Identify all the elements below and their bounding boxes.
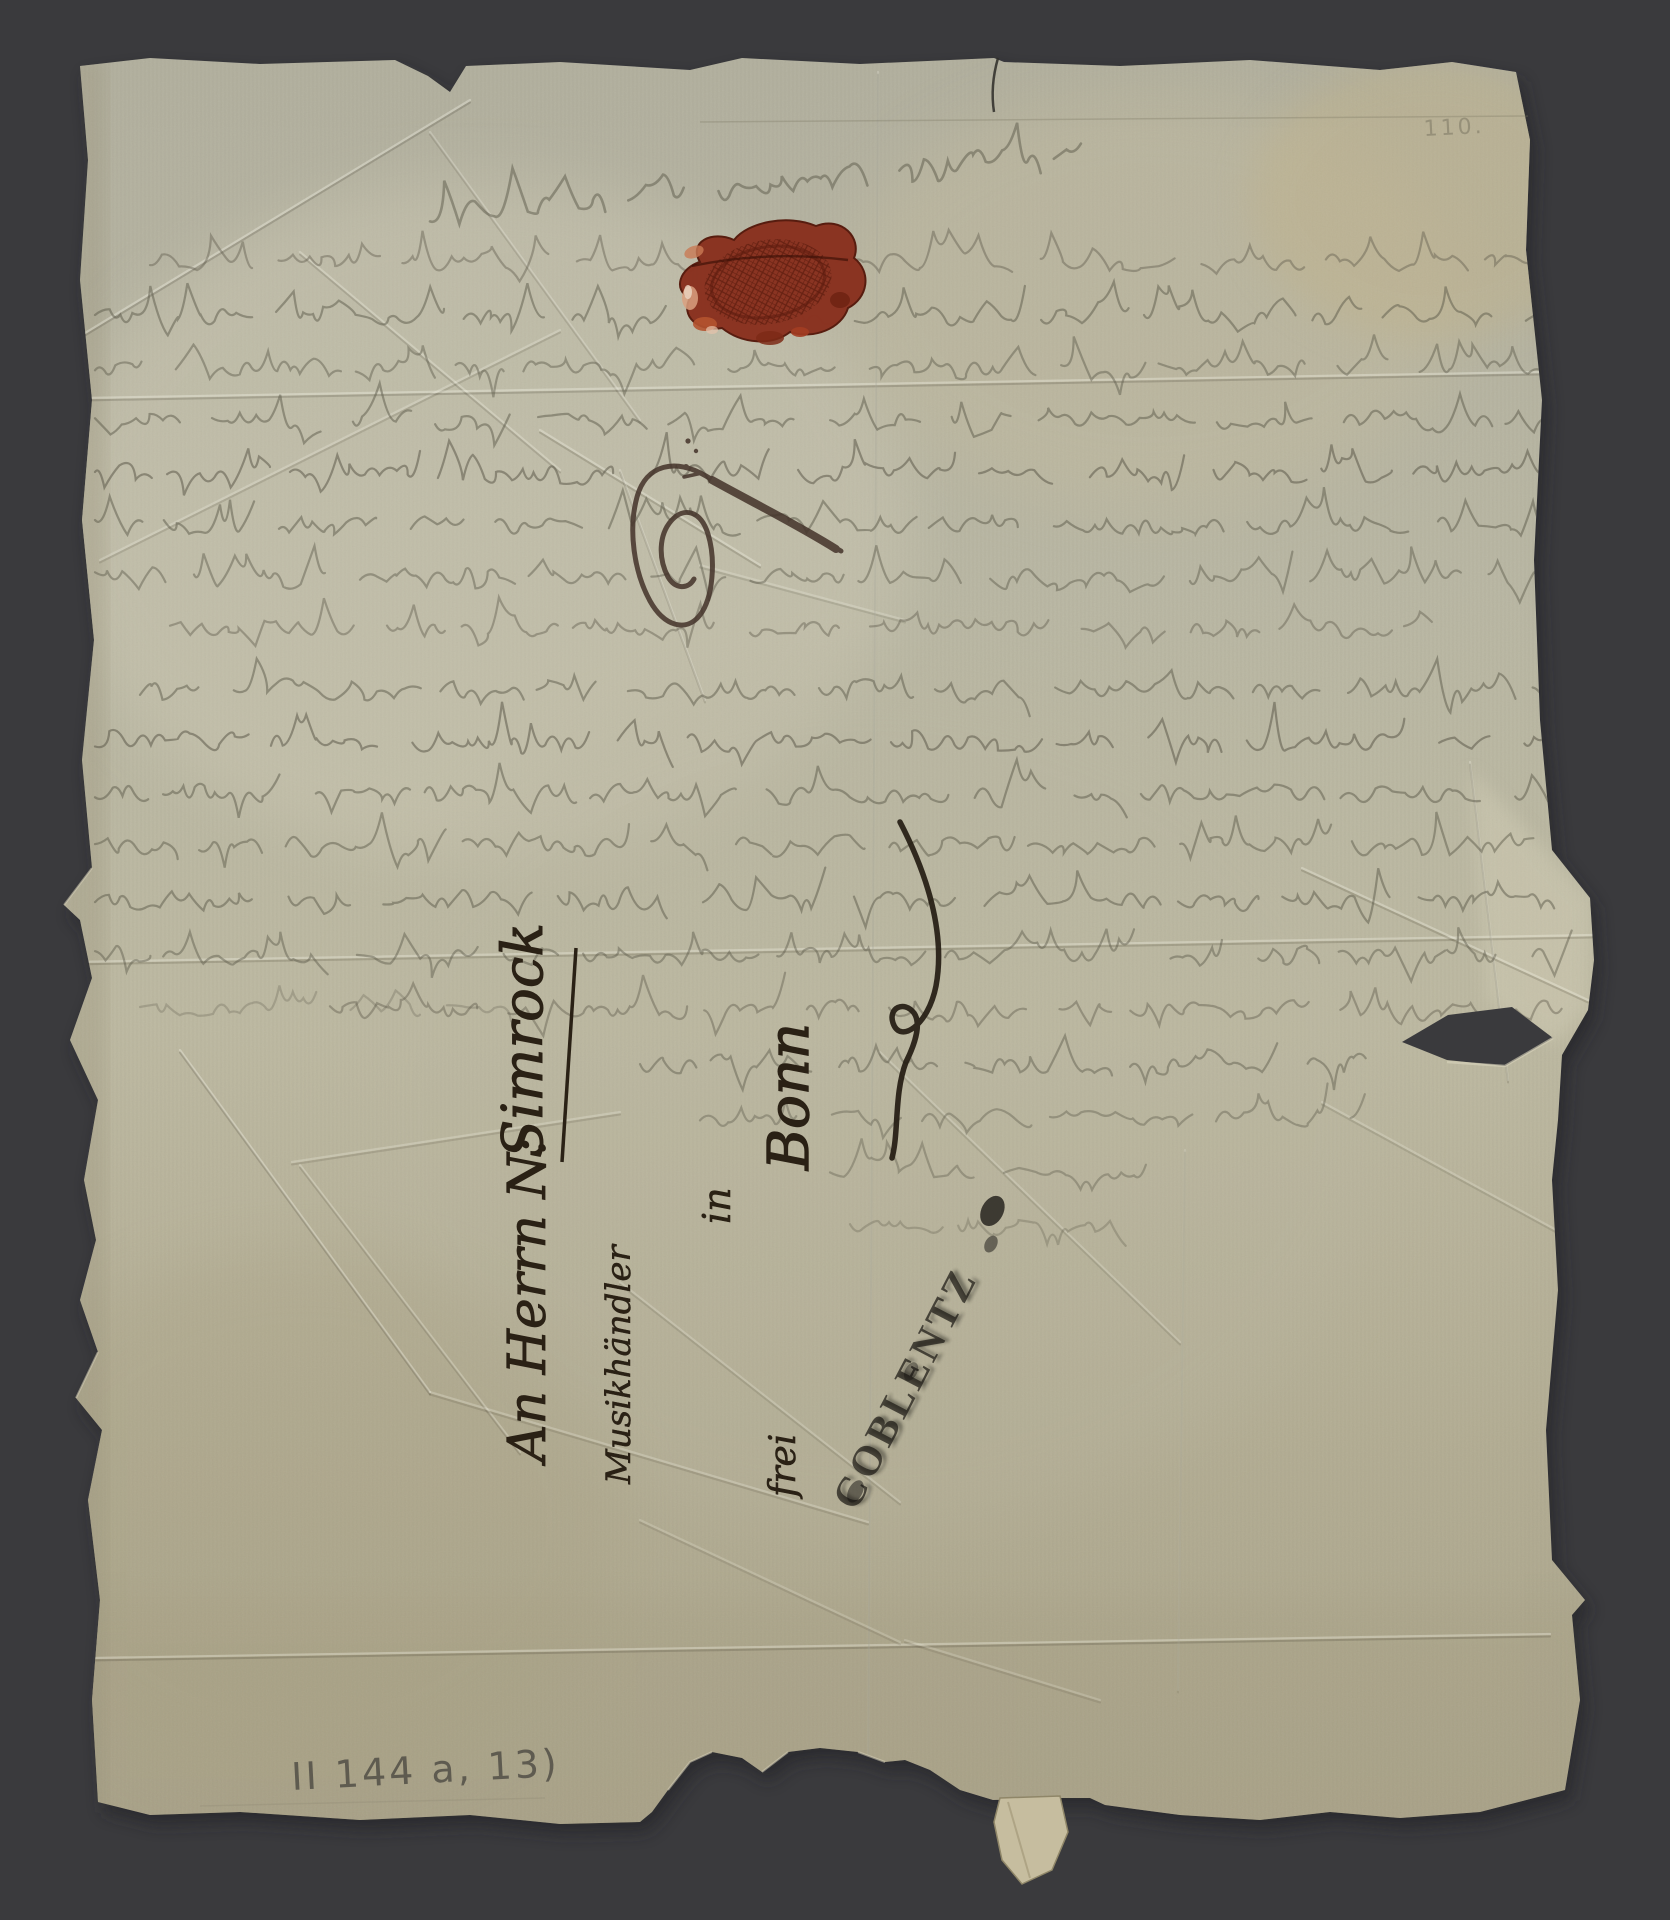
address-postage-note: frei xyxy=(763,1434,804,1500)
address-occupation: Musikhändler xyxy=(599,1244,639,1485)
corner-pencil-note: 110. xyxy=(1423,114,1485,142)
address-city: Bonn xyxy=(757,1023,822,1171)
address-preposition: in xyxy=(695,1187,739,1224)
letter-photograph: An Herrn N: Simrock Musikhändler in Bonn… xyxy=(0,0,1670,1920)
address-name: Simrock xyxy=(491,923,556,1158)
letter-scene: An Herrn N: Simrock Musikhändler in Bonn… xyxy=(0,0,1670,1920)
address-recipient: An Herrn N: xyxy=(498,1137,558,1466)
